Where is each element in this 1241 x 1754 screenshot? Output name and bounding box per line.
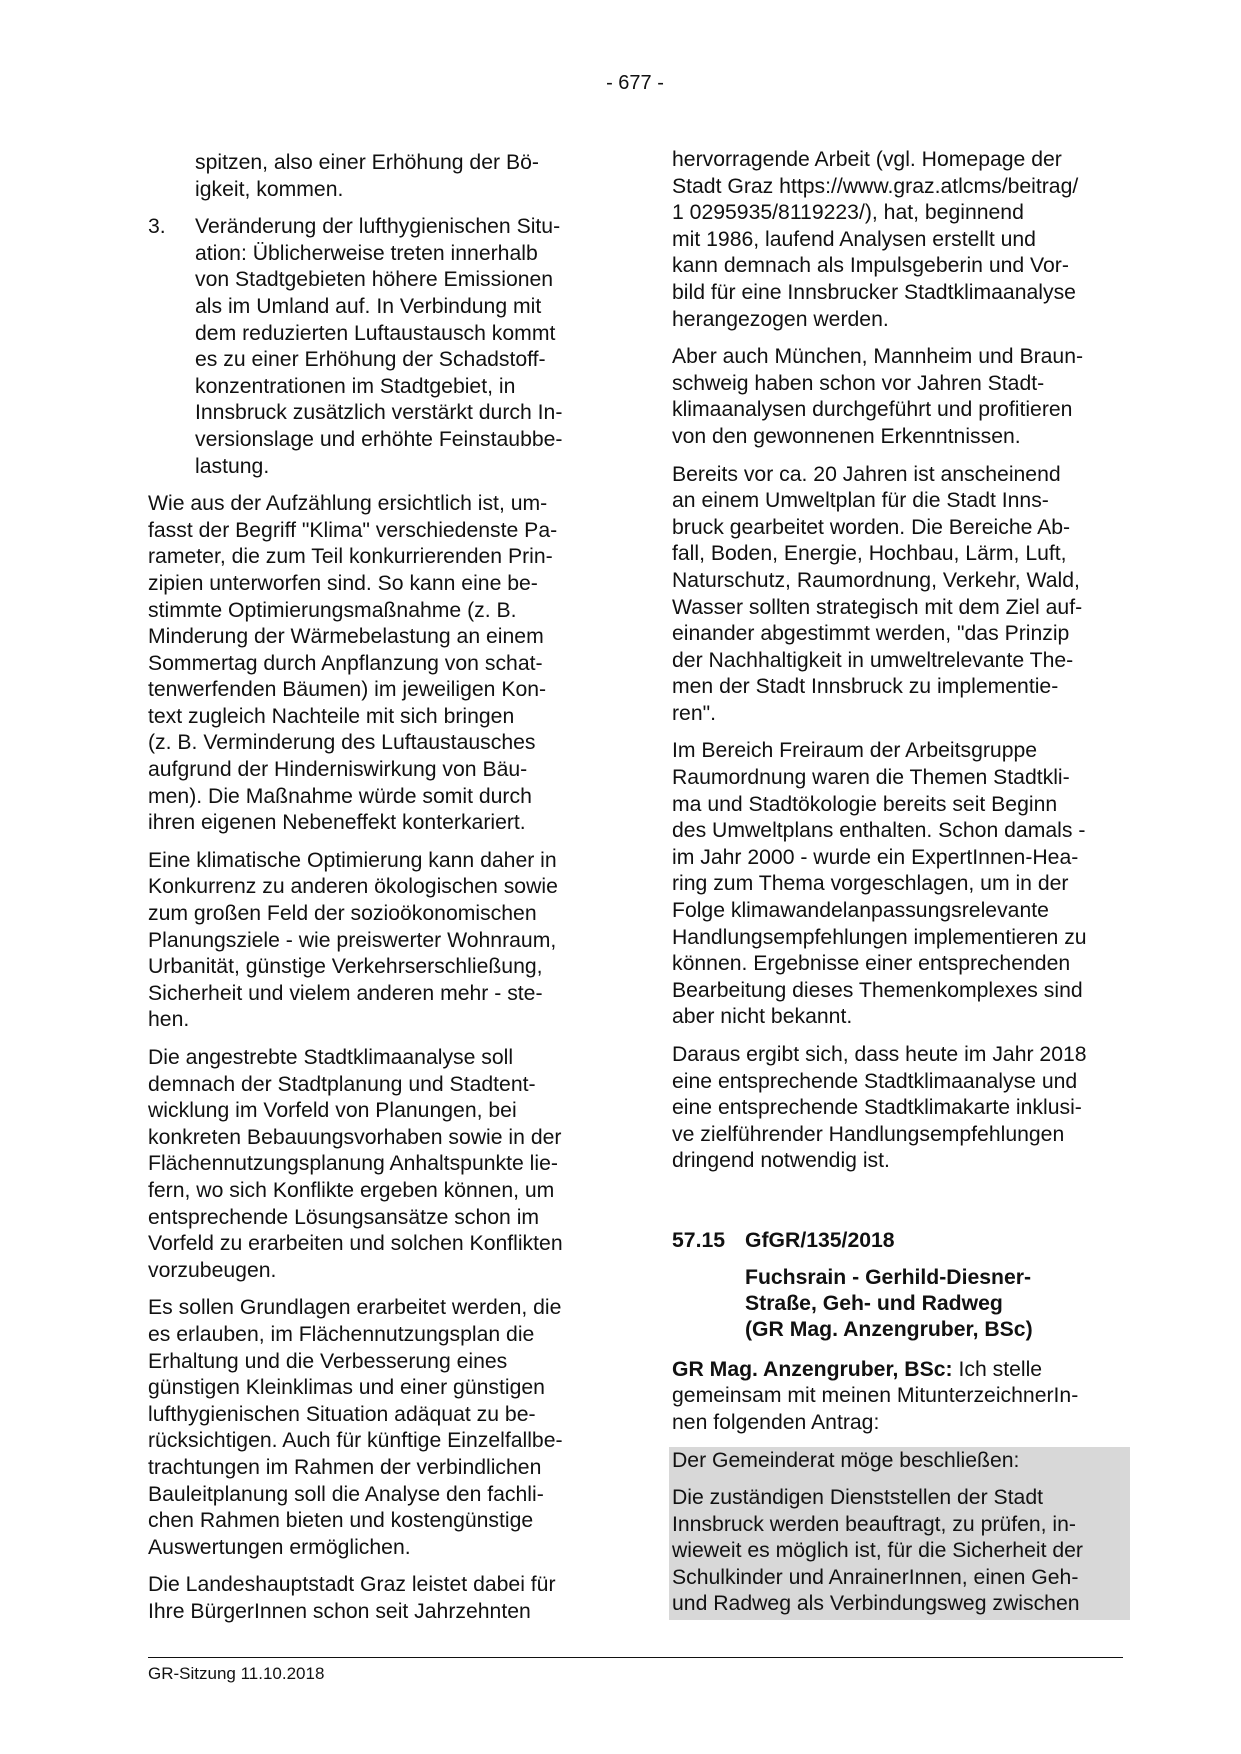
section-title: Fuchsrain - Gerhild-Diesner- Straße, Geh…: [672, 1265, 1127, 1343]
left-column: spitzen, also einer Erhöhung der Bö- igk…: [148, 150, 603, 1636]
list-number: 3.: [148, 214, 166, 241]
motion-intro: Der Gemeinderat möge beschließen:: [672, 1448, 1127, 1475]
paragraph: Es sollen Grundlagen erarbeitet werden, …: [148, 1295, 603, 1561]
speaker-name: GR Mag. Anzengruber, BSc:: [672, 1358, 953, 1381]
section-spacer: [672, 1186, 1127, 1228]
section-heading: 57.15 GfGR/135/2018: [672, 1228, 1127, 1255]
footer-session-date: GR-Sitzung 11.10.2018: [148, 1664, 324, 1684]
speaker-paragraph: GR Mag. Anzengruber, BSc: Ich stelle gem…: [672, 1357, 1127, 1437]
right-column: hervorragende Arbeit (vgl. Homepage der …: [672, 147, 1127, 1620]
paragraph: Im Bereich Freiraum der Arbeitsgruppe Ra…: [672, 738, 1127, 1031]
paragraph: Bereits vor ca. 20 Jahren ist anscheinen…: [672, 462, 1127, 728]
section-reference: GfGR/135/2018: [745, 1228, 895, 1255]
paragraph: Die angestrebte Stadtklimaanalyse soll d…: [148, 1045, 603, 1284]
paragraph: Die Landeshauptstadt Graz leistet dabei …: [148, 1572, 603, 1625]
list-item-text: Veränderung der lufthygienischen Situ- a…: [195, 214, 603, 480]
section-number: 57.15: [672, 1228, 745, 1255]
paragraph: Eine klimatische Optimierung kann daher …: [148, 848, 603, 1034]
motion-box: Der Gemeinderat möge beschließen: Die zu…: [669, 1447, 1130, 1620]
paragraph: Aber auch München, Mannheim und Braun- s…: [672, 344, 1127, 450]
page-number: - 677 -: [0, 72, 1241, 95]
motion-text: Die zuständigen Dienststellen der Stadt …: [672, 1485, 1127, 1618]
continuation-text: spitzen, also einer Erhöhung der Bö- igk…: [148, 150, 603, 203]
paragraph: hervorragende Arbeit (vgl. Homepage der …: [672, 147, 1127, 333]
paragraph: Daraus ergibt sich, dass heute im Jahr 2…: [672, 1042, 1127, 1175]
footer-divider: [148, 1657, 1123, 1658]
paragraph: Wie aus der Aufzählung ersichtlich ist, …: [148, 491, 603, 837]
list-item-3: 3. Veränderung der lufthygienischen Situ…: [148, 214, 603, 480]
